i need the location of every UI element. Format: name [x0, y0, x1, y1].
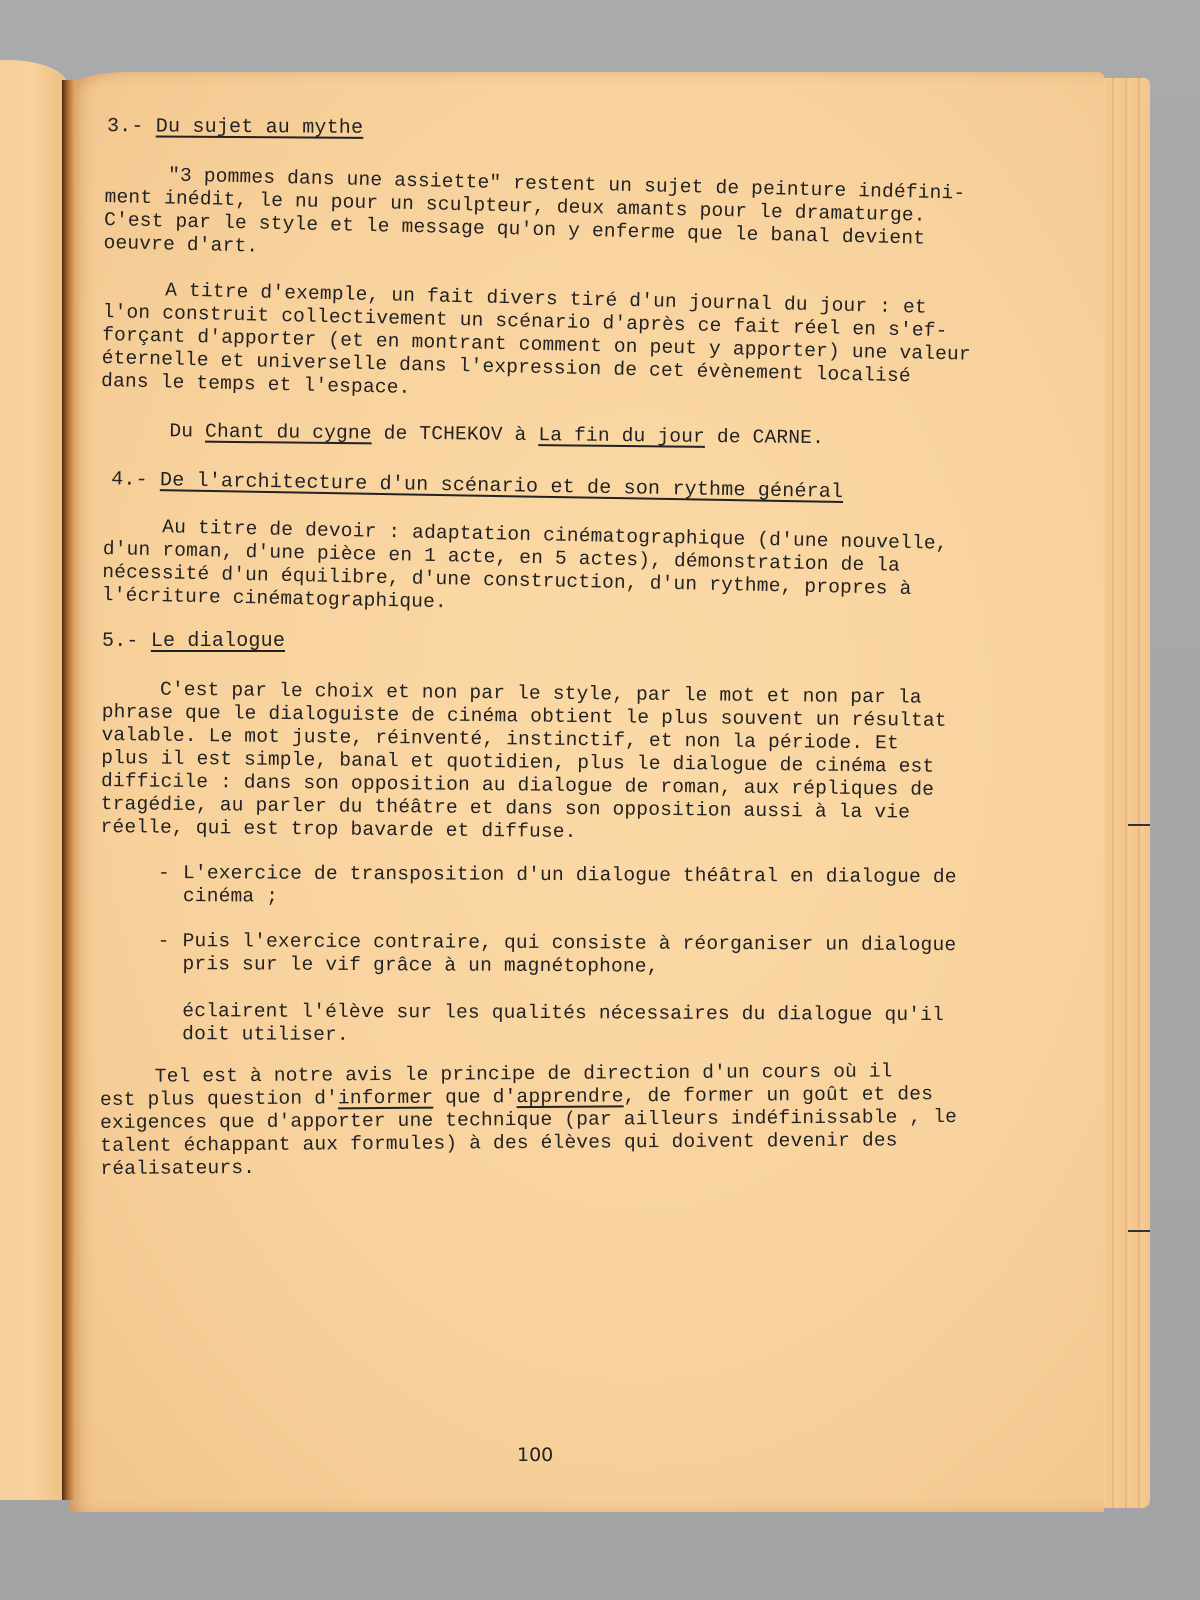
section-5-heading: 5.- Le dialogue [102, 630, 285, 653]
section-title: De l'architecture d'un scénario et de so… [160, 469, 844, 504]
typewritten-text: 3.- Du sujet au mythe "3 pommes dans une… [0, 0, 1200, 1600]
margin-mark [1128, 1230, 1150, 1232]
text-line: réalisateurs. [100, 1157, 255, 1181]
text-span: est plus question d' [100, 1087, 338, 1111]
section-number: 4.- [111, 468, 148, 492]
section-title: Le dialogue [151, 630, 285, 653]
text-line: réelle, qui est trop bavarde et diffuse. [100, 816, 576, 844]
text-span: , de former un goût et des [624, 1083, 934, 1107]
example-line: Du Chant du cygne de TCHEKOV à La fin du… [169, 420, 824, 450]
text-line: oeuvre d'art. [103, 232, 258, 259]
text-line: doit utiliser. [182, 1023, 349, 1047]
text-span: de CARNE. [705, 426, 824, 449]
work-title: La fin du jour [538, 424, 705, 448]
bullet-dash: - [158, 862, 170, 885]
work-title: Chant du cygne [205, 421, 372, 445]
section-4-heading: 4.- De l'architecture d'un scénario et d… [111, 468, 843, 504]
text-line: talent échappant aux formules) à des élè… [100, 1129, 898, 1158]
emphasized-word: apprendre [516, 1085, 623, 1108]
emphasized-word: informer [338, 1087, 433, 1110]
section-number: 3.- [107, 115, 144, 138]
text-span: de TCHEKOV à [372, 422, 539, 446]
text-line: L'exercice de transposition d'un dialogu… [183, 862, 957, 889]
section-title: Du sujet au mythe [156, 115, 364, 139]
margin-mark [1128, 824, 1150, 826]
text-line: pris sur le vif grâce à un magnétophone, [182, 953, 658, 978]
text-line: cinéma ; [183, 885, 278, 908]
page-number: 100 [517, 1444, 553, 1466]
text-span: que d' [433, 1086, 516, 1109]
section-3-heading: 3.- Du sujet au mythe [107, 115, 363, 140]
text-span: Du [169, 420, 205, 442]
section-number: 5.- [102, 630, 139, 653]
bullet-dash: - [158, 930, 170, 953]
